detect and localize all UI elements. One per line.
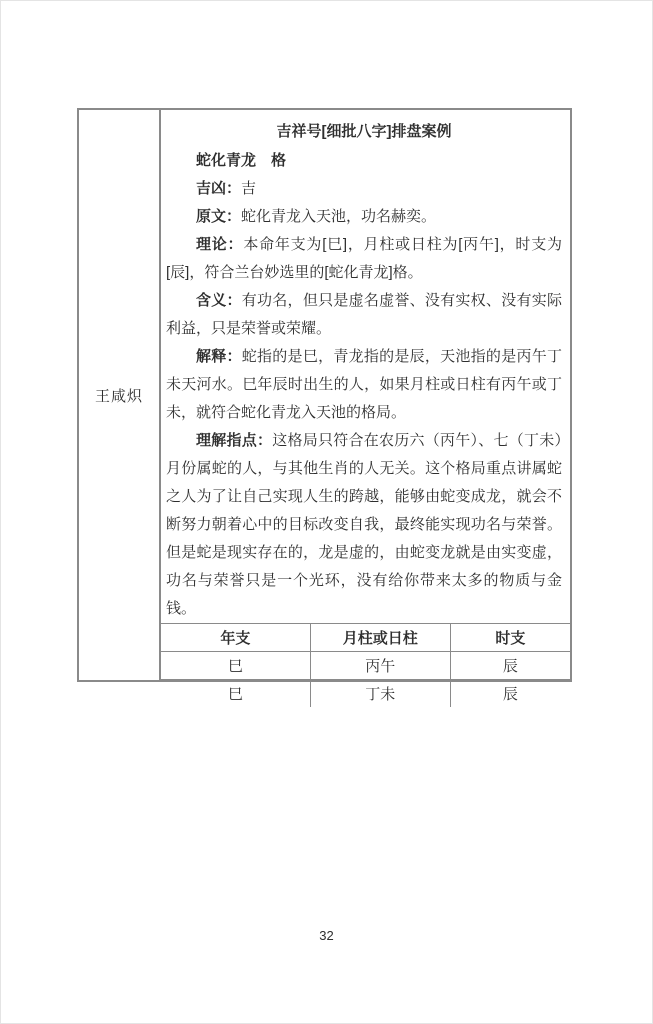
pillars-header-row: 年支 月柱或日柱 时支 — [161, 624, 570, 652]
section-yuanwen-text: 蛇化青龙入天池，功名赫奕。 — [241, 208, 436, 225]
section-jieshi: 解释：蛇指的是巳，青龙指的是辰，天池指的是丙午丁未天河水。巳年辰时出生的人，如果… — [166, 343, 562, 427]
section-lilun: 理论：本命年支为[巳]，月柱或日柱为[丙午]，时支为[辰]，符合兰台妙选里的[蛇… — [166, 231, 562, 287]
cell-hour-1: 辰 — [450, 652, 570, 680]
header-month-or-day-pillar: 月柱或日柱 — [310, 624, 450, 652]
cell-year-2: 巳 — [161, 680, 310, 708]
section-yuanwen: 原文：蛇化青龙入天池，功名赫奕。 — [166, 203, 562, 231]
section-yuanwen-label: 原文： — [196, 208, 241, 225]
section-lijie-zhidian-label: 理解指点： — [196, 432, 272, 449]
cell-hour-2: 辰 — [450, 680, 570, 708]
pattern-name: 蛇化青龙 格 — [166, 147, 562, 175]
case-title: 吉祥号[细批八字]排盘案例 — [166, 117, 562, 147]
table-row: 巳 丙午 辰 — [161, 652, 570, 680]
cell-month-1: 丙午 — [310, 652, 450, 680]
header-hour-branch: 时支 — [450, 624, 570, 652]
section-jixiong: 吉凶：吉 — [166, 175, 562, 203]
case-table: 王咸炽 吉祥号[细批八字]排盘案例 蛇化青龙 格 吉凶：吉 原文：蛇化青龙入天池… — [77, 108, 572, 682]
section-hanyi: 含义：有功名，但只是虚名虚誉、没有实权、没有实际利益，只是荣誉或荣耀。 — [166, 287, 562, 343]
section-jixiong-label: 吉凶： — [196, 180, 241, 197]
section-lijie-zhidian-text: 这格局只符合在农历六（丙午）、七（丁未）月份属蛇的人，与其他生肖的人无关。这个格… — [166, 432, 562, 617]
pillars-table: 年支 月柱或日柱 时支 巳 丙午 辰 巳 丁未 辰 — [161, 623, 570, 707]
case-content-cell: 吉祥号[细批八字]排盘案例 蛇化青龙 格 吉凶：吉 原文：蛇化青龙入天池，功名赫… — [161, 110, 570, 680]
person-name-cell: 王咸炽 — [79, 110, 161, 680]
header-year-branch: 年支 — [161, 624, 310, 652]
person-name: 王咸炽 — [95, 385, 143, 406]
section-jieshi-label: 解释： — [196, 348, 242, 365]
section-lilun-label: 理论： — [196, 236, 243, 253]
cell-month-2: 丁未 — [310, 680, 450, 708]
section-hanyi-label: 含义： — [196, 292, 242, 309]
section-jixiong-text: 吉 — [241, 180, 256, 197]
case-text-block: 吉祥号[细批八字]排盘案例 蛇化青龙 格 吉凶：吉 原文：蛇化青龙入天池，功名赫… — [161, 110, 570, 623]
page-number: 32 — [0, 928, 653, 943]
cell-year-1: 巳 — [161, 652, 310, 680]
section-lijie-zhidian: 理解指点：这格局只符合在农历六（丙午）、七（丁未）月份属蛇的人，与其他生肖的人无… — [166, 427, 562, 623]
table-row: 巳 丁未 辰 — [161, 680, 570, 708]
